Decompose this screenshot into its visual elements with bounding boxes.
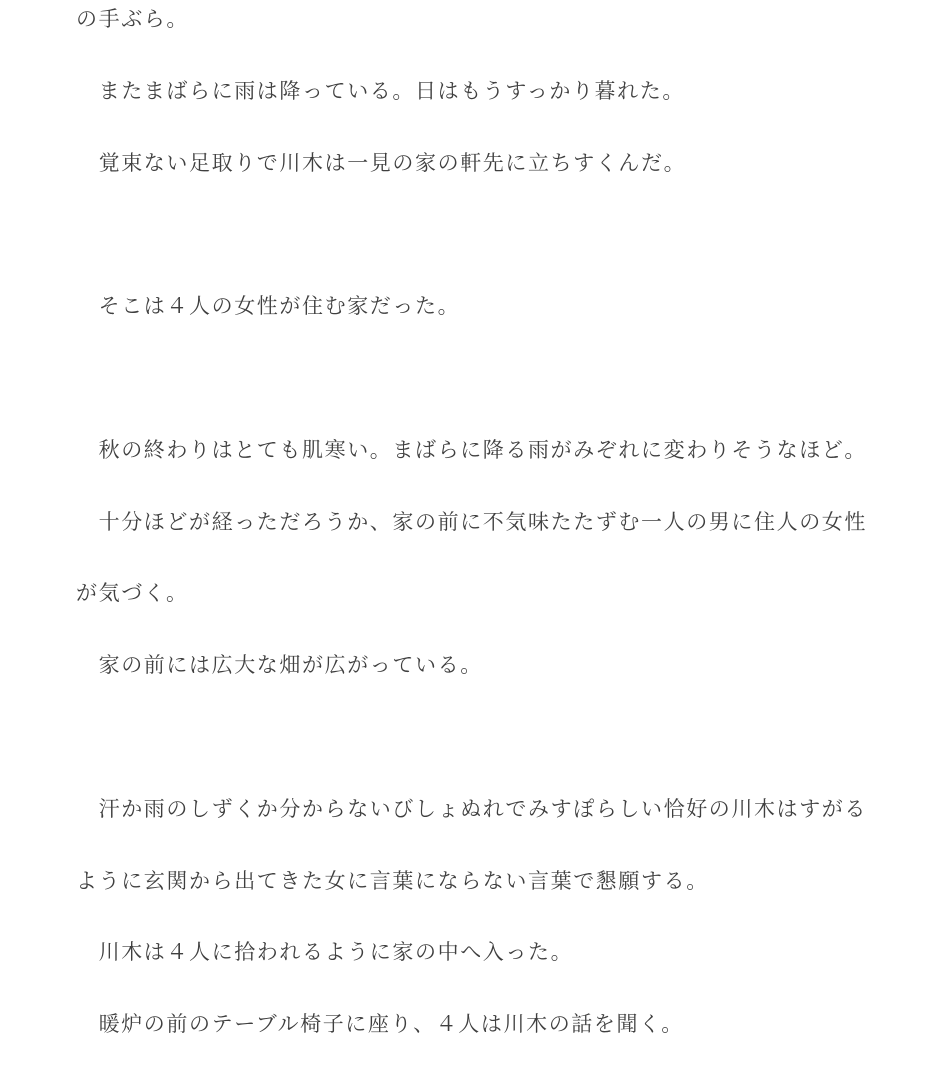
story-line: 覚束ない足取りで川木は一見の家の軒先に立ちすくんだ。 bbox=[76, 128, 882, 200]
story-line: 川木は４人に拾われるように家の中へ入った。 bbox=[76, 917, 882, 989]
story-text-block: の手ぶら。 またまばらに雨は降っている。日はもうすっかり暮れた。 覚束ない足取り… bbox=[76, 0, 882, 1061]
story-line: 汗か雨のしずくか分からないびしょぬれでみすぽらしい恰好の川木はすがる bbox=[76, 774, 882, 846]
story-line bbox=[76, 199, 882, 271]
story-line: 家の前には広大な畑が広がっている。 bbox=[76, 630, 882, 702]
story-line: ように玄関から出てきた女に言葉にならない言葉で懇願する。 bbox=[76, 846, 882, 918]
story-line: 秋の終わりはとても肌寒い。まばらに降る雨がみぞれに変わりそうなほど。 bbox=[76, 415, 882, 487]
story-line: が気づく。 bbox=[76, 558, 882, 630]
story-line: 暖炉の前のテーブル椅子に座り、４人は川木の話を聞く。 bbox=[76, 989, 882, 1061]
story-line bbox=[76, 702, 882, 774]
story-line: の手ぶら。 bbox=[76, 0, 882, 56]
story-line: そこは４人の女性が住む家だった。 bbox=[76, 271, 882, 343]
story-line bbox=[76, 343, 882, 415]
story-line: 十分ほどが経っただろうか、家の前に不気味たたずむ一人の男に住人の女性 bbox=[76, 487, 882, 559]
story-page: の手ぶら。 またまばらに雨は降っている。日はもうすっかり暮れた。 覚束ない足取り… bbox=[0, 0, 938, 1076]
story-line: またまばらに雨は降っている。日はもうすっかり暮れた。 bbox=[76, 56, 882, 128]
